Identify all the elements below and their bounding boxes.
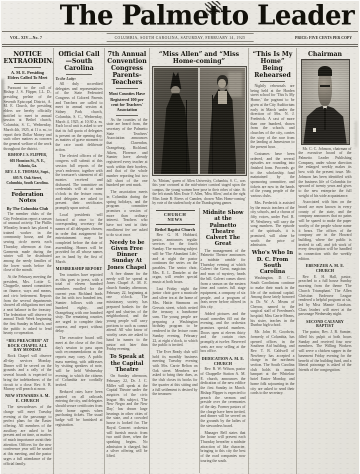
divider-rule	[116, 88, 139, 89]
divider-rule	[116, 115, 139, 116]
article-headline: NOTICE EXTRAORDINARY!	[4, 51, 52, 65]
column-grid: NOTICE EXTRAORDINARY!A. M. E. Presiding …	[1, 48, 359, 474]
article-paragraph: Nightly rehearsals are being held at the…	[251, 84, 295, 150]
article-paragraph: Associated with him on the board are men…	[299, 200, 352, 261]
article-paragraph: Local presidents will forward at once to…	[56, 213, 103, 265]
article-subhead: Most Counties Have Registered 100 per ce…	[109, 91, 146, 113]
dateline-bar: VOL. XIV—No. 7 COLUMBIA, SOUTH CAROLINA,…	[2, 31, 358, 44]
photo-caption: As 'Miriam,' queen of Allen University, …	[153, 179, 246, 206]
pole-shape	[212, 95, 213, 173]
article-paragraph: At the February meeting the president, M…	[4, 275, 52, 336]
divider-rule	[14, 189, 40, 190]
article-paragraph: A free dinner for the needy will be spre…	[107, 272, 148, 352]
hair-shape	[217, 75, 228, 87]
article-paragraph: Ten counties have reported as this goes …	[56, 273, 103, 334]
article-paragraph: The management of the Palmetto Theatre a…	[201, 249, 246, 310]
robe-shape	[159, 93, 193, 174]
divider-rule	[260, 81, 284, 82]
small-headline: NEW STEWARDS A. M. E. CHURCH	[4, 394, 52, 404]
article-subhead: A. M. E. Presiding Elders Called To Meet	[6, 70, 50, 81]
column-photo-spread: “Miss Allen” and “Miss Home-coming”As 'M…	[149, 48, 248, 474]
section-banner: CHURCH NEWS	[156, 210, 195, 225]
small-headline: EBENEZER A. M. E. CHURCH	[299, 264, 352, 274]
article-paragraph: Rev. R. W. Wilson, pastor of Chappelle S…	[201, 367, 246, 428]
blouse-shape	[218, 91, 227, 104]
price: PRICE: FIVE CENTS PER COPY	[295, 36, 352, 40]
article-paragraph: Mr. John H. Goodwin, formerly of Columbi…	[251, 330, 295, 396]
scan-artifact	[1, 79, 4, 123]
sub-column: CHURCH NEWSBethel Baptist ChurchRev. G. …	[152, 208, 199, 473]
article-headline: “This Is My Home” Being Rehearsed	[251, 51, 295, 80]
pole-shape	[186, 100, 187, 174]
photo-chairman	[301, 59, 350, 145]
glasses-shape	[320, 85, 331, 87]
pocket-shape	[313, 128, 316, 132]
article-paragraph: The stewardesses of the charge will meet…	[4, 405, 52, 466]
article-headline: Federation Notes	[4, 192, 52, 205]
article-paragraph: On Sunday afternoon, February 22, Dr. J.…	[107, 374, 148, 459]
article-headline: “Miss Allen” and “Miss Home-coming”	[152, 51, 247, 65]
article-paragraph: The Ever Ready club will hold its monthl…	[153, 350, 198, 397]
masthead: The Palmetto Leader	[1, 1, 359, 31]
lead-in: To the Laity:	[56, 77, 103, 81]
article-paragraph: Mr. C. C. Johnson, chairman of the execu…	[299, 147, 352, 199]
article-headline: Midnite Show at the Palmetto Theatre Cal…	[201, 210, 246, 248]
newspaper-title: The Palmetto Leader	[28, 2, 359, 30]
photo-miss-home-coming	[200, 68, 245, 174]
scan-artifact	[355, 121, 357, 147]
photo-plate	[152, 66, 247, 176]
article-paragraph: Mrs. Frederick is assisted by the music …	[251, 201, 295, 248]
volume-number: VOL. XIV—No. 7	[10, 36, 42, 40]
article-paragraph: Washington, D. C.—South Carolinians cont…	[251, 276, 295, 328]
article-paragraph: Added pictures and the usual comedies fi…	[201, 312, 246, 354]
article-subhead: Bethel Baptist Church	[155, 227, 196, 232]
patch-shape	[228, 72, 242, 97]
article-paragraph: As the counties of the state are heard f…	[107, 118, 148, 189]
article-paragraph: Rev. E. H. Hall, pastor, preached to a f…	[299, 275, 352, 317]
place-date: COLUMBIA, SOUTH CAROLINA, SATURDAY, FEBR…	[107, 33, 254, 42]
article-paragraph: Pursuant to the call of Bishop J. S. Fli…	[4, 86, 52, 152]
article-paragraph: The member clubs of the City Federation …	[4, 212, 52, 273]
hair-shape	[318, 66, 333, 77]
column-split: CHURCH NEWSBethel Baptist ChurchRev. G. …	[152, 208, 247, 473]
divider-rule	[14, 67, 40, 68]
article-paragraph: The association meets in Columbia during…	[107, 190, 148, 237]
small-headline: SECOND CALVARY BAPTIST	[299, 320, 352, 330]
signature-block: REV. J. E. THOMAS, Supt., 605 N. Oak Str…	[4, 170, 52, 186]
face-shape	[218, 79, 226, 87]
column-notice-extraordinary: NOTICE EXTRAORDINARY!A. M. E. Presiding …	[2, 48, 53, 474]
article-paragraph: Costumes have been ordered, and the seve…	[251, 152, 295, 199]
article-headline: Needy to be Given Free Dinner Sunday At …	[107, 240, 148, 271]
article-headline: Chairman	[299, 51, 352, 58]
article-paragraph: The executive board will meet at the clo…	[56, 336, 103, 388]
column-chairman: ChairmanMr. C. C. Johnson, chairman of t…	[296, 48, 353, 474]
article-paragraph: The pastor, Rev. J. B. Sumter, filled hi…	[299, 330, 352, 372]
small-headline: MEMBERSHIP REPORT	[56, 267, 103, 272]
small-headline: DEDICATION A. M. E. CHURCH	[201, 357, 246, 367]
article-paragraph: All duly accredited delegates and repres…	[56, 82, 103, 153]
article-headline: To Speak at the Capital Theatre	[107, 354, 148, 373]
small-headline: “BIG PREACHER” AT ROCK CHAPEL ALL DAY MO…	[4, 339, 52, 354]
cape-shape	[208, 87, 236, 174]
face-shape	[318, 69, 331, 106]
article-paragraph: Reduced rates have been granted on all r…	[56, 390, 103, 428]
article-paragraph: Rev. G. H. Hubbard, pastor, announces re…	[153, 233, 198, 285]
tie-shape	[324, 108, 326, 130]
column-official-call: Official Call—South CarolinaTo the Laity…	[53, 48, 104, 474]
divider-rule	[14, 83, 40, 84]
article-subhead: By The Columbia Club	[6, 206, 50, 211]
article-paragraph: Rock Chapel will observe all-day service…	[4, 354, 52, 392]
divider-rule	[66, 74, 92, 75]
article-headline: Who's Who In D. C. From South Carolina	[251, 250, 295, 275]
article-paragraph: The elected officers of the congress wil…	[56, 154, 103, 210]
column-annual-convention: 7th Annual Convention Congress Parents-T…	[104, 48, 149, 474]
collar-shape	[322, 105, 328, 112]
article-headline: Official Call—South Carolina	[56, 51, 103, 72]
crown-shape	[168, 72, 184, 89]
face-shape	[171, 86, 180, 96]
newspaper-page: The Palmetto Leader VOL. XIV—No. 7 COLUM…	[1, 1, 359, 474]
double-rule	[2, 44, 358, 47]
sub-column: Midnite Show at the Palmetto Theatre Cal…	[199, 208, 247, 473]
article-paragraph: Manager Bell states that the house will …	[201, 431, 246, 464]
column-this-is-my-home: “This Is My Home” Being RehearsedNightly…	[248, 48, 296, 474]
photo-miss-allen	[154, 68, 199, 174]
article-headline: 7th Annual Convention Congress Parents-T…	[107, 51, 148, 87]
article-paragraph: Last Friday night the junior choir gave …	[153, 287, 198, 348]
suit-shape	[303, 105, 346, 144]
signature-block: BISHOP J. S. FLIPPER, 603 Houston St., N…	[4, 153, 52, 169]
